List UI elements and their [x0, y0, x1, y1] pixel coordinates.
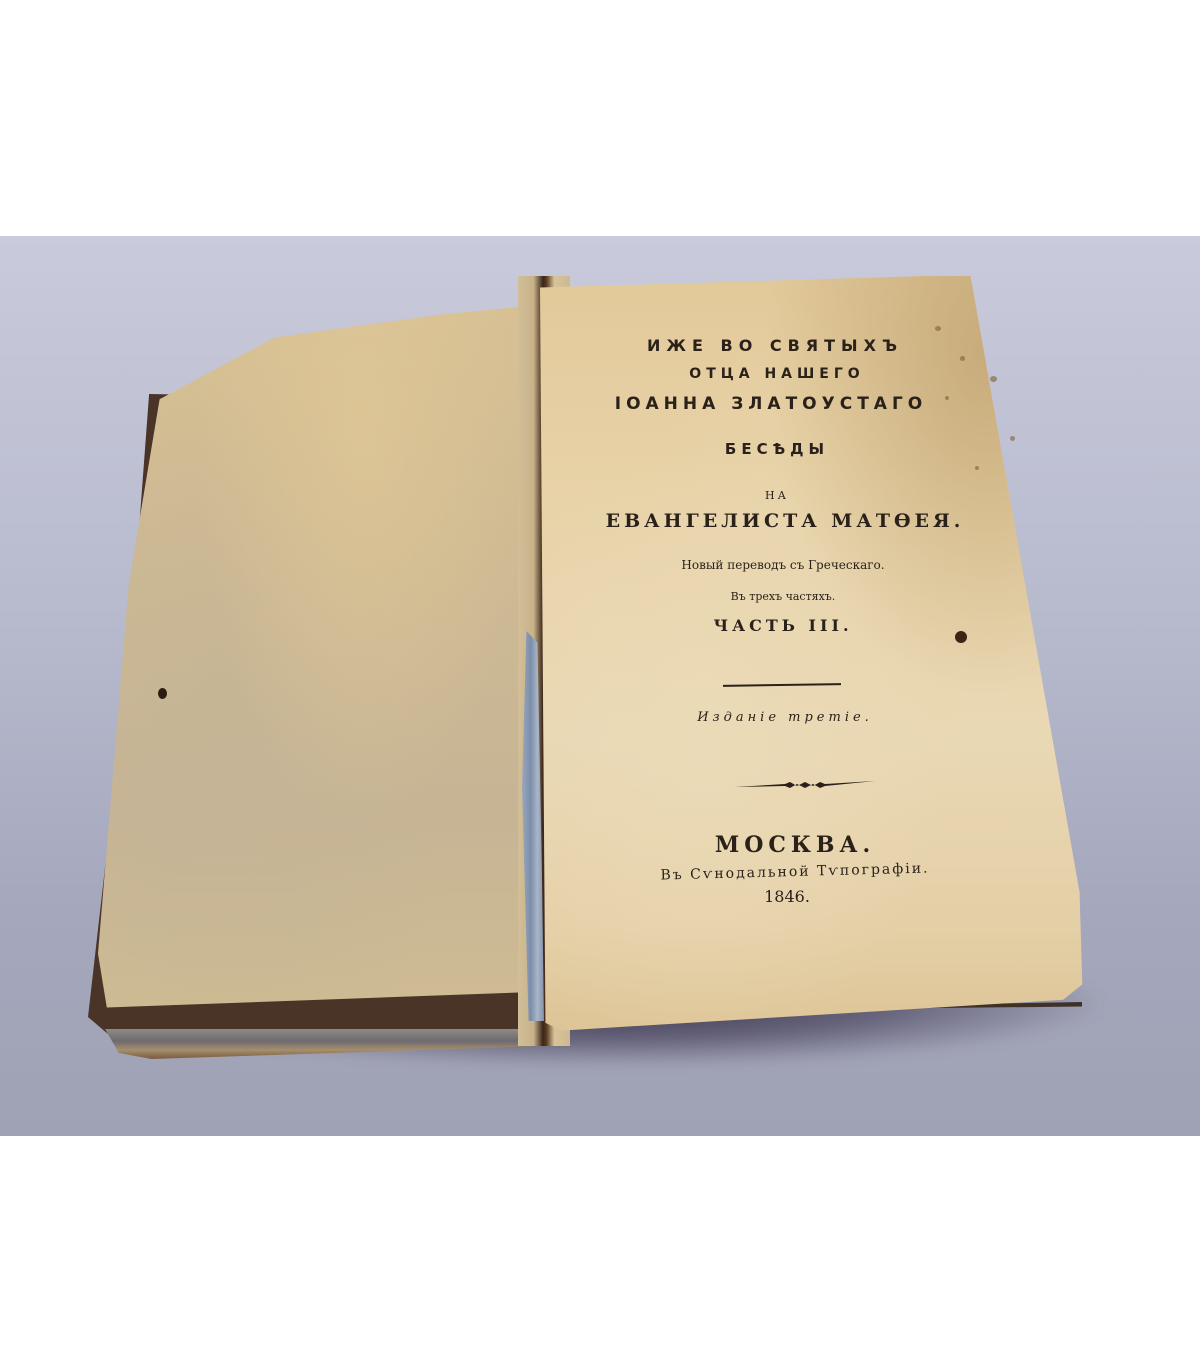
- parts-note: Въ трехъ частяхъ.: [563, 590, 1003, 603]
- city-label: МОСКВА.: [575, 832, 1015, 858]
- book-photo: ИЖЕ ВО СВЯТЫХЪ ОТЦА НАШЕГО ІОАННА ЗЛАТОУ…: [0, 236, 1200, 1136]
- edition-label: Изданіе третіе.: [565, 710, 1005, 725]
- foxing-spot: [1010, 436, 1015, 441]
- title-line-1: ИЖЕ ВО СВЯТЫХЪ: [555, 336, 995, 355]
- ornament-divider-icon: [735, 778, 875, 792]
- foxing-spot: [935, 326, 941, 331]
- volume-label: ЧАСТЬ III.: [563, 616, 1003, 635]
- left-flyleaf: [98, 276, 538, 1046]
- worm-hole-spot: [158, 688, 167, 699]
- title-line-2: ОТЦА НАШЕГО: [557, 366, 997, 382]
- work-title: БЕСѢДЫ: [557, 440, 997, 458]
- author-name: ІОАННА ЗЛАТОУСТАГО: [551, 394, 991, 414]
- foxing-spot: [975, 466, 979, 470]
- title-page: [540, 276, 1085, 1046]
- title-line-5: НА: [557, 489, 997, 502]
- foxing-spot: [960, 356, 965, 361]
- subject-line: ЕВАНГЕЛИСТА МАТѲЕЯ.: [565, 510, 1005, 532]
- translation-note: Новый переводъ съ Греческаго.: [563, 558, 1003, 572]
- year-label: 1846.: [567, 887, 1007, 906]
